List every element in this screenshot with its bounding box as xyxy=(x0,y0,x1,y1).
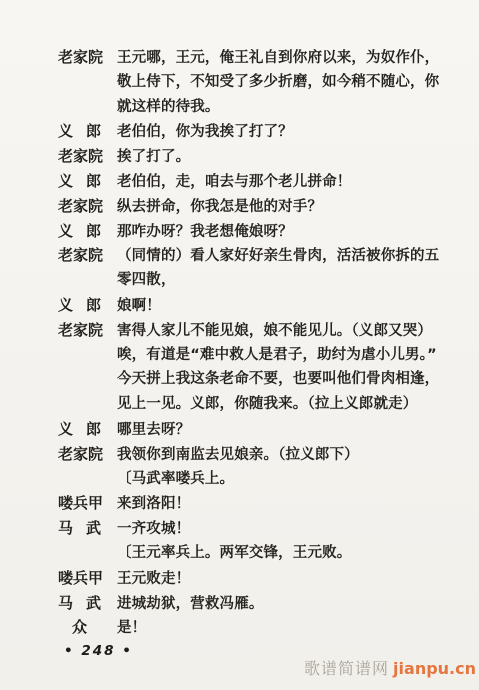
dialogue-text: 挨了打了。 xyxy=(117,145,190,170)
speaker-label: 老家院 xyxy=(58,318,101,343)
script-line: 唉，有道是“难中救人是君子，助纣为虐小儿男。” xyxy=(58,343,453,368)
script-line: 义郎老伯伯，走，咱去与那个老儿拼命！ xyxy=(58,169,453,194)
script-line: 今天拼上我这条老命不要，也要叫他们骨肉相逢， xyxy=(58,367,453,392)
speaker-label: 义郎 xyxy=(58,119,101,144)
dialogue-text: 唉，有道是“难中救人是君子，助纣为虐小儿男。” xyxy=(117,343,437,368)
watermark-site-name: 歌谱简谱网 xyxy=(304,659,389,678)
dialogue-text: 进城劫狱，营救冯雁。 xyxy=(117,592,264,617)
script-line: 〔王元率兵上。两军交锋，王元败。 xyxy=(58,541,453,566)
script-line: 敬上侍下，不知受了多少折磨，如今稍不随心，你 xyxy=(58,70,453,95)
speaker-label: 老家院 xyxy=(58,144,101,169)
dialogue-text: （同情的）看人家好好亲生骨肉，活活被你拆的五 xyxy=(117,244,439,269)
watermark: 歌谱简谱网jianpu.cn xyxy=(304,656,476,679)
script-line: 老家院我领你到南监去见娘亲。（拉义郎下） xyxy=(58,442,453,467)
dialogue-text: 今天拼上我这条老命不要，也要叫他们骨肉相逢， xyxy=(117,367,439,392)
dialogue-text: 来到洛阳！ xyxy=(117,492,190,517)
speaker-label: 马武 xyxy=(58,516,101,541)
script-line: 义郎老伯伯，你为我挨了打了？ xyxy=(58,119,453,144)
speaker-label: 喽兵甲 xyxy=(58,566,101,591)
script-line: 喽兵甲王元败走！ xyxy=(58,566,453,591)
speaker-label: 老家院 xyxy=(58,442,101,467)
script-line: 就这样的待我。 xyxy=(58,95,453,120)
dialogue-text: 我领你到南监去见娘亲。（拉义郎下） xyxy=(117,443,359,468)
script-line: 老家院纵去拼命，你我怎是他的对手？ xyxy=(58,194,453,219)
dialogue-text: 就这样的待我。 xyxy=(117,95,220,120)
script-line: 马武进城劫狱，营救冯雁。 xyxy=(58,591,453,616)
watermark-site-url: jianpu.cn xyxy=(393,659,476,678)
script-line: 老家院挨了打了。 xyxy=(58,144,453,169)
dialogue-text: 〔王元率兵上。两军交锋，王元败。 xyxy=(117,541,351,566)
dialogue-text: 零四散， xyxy=(117,268,176,293)
speaker-label: 众 xyxy=(58,615,101,640)
speaker-label: 老家院 xyxy=(58,243,101,268)
speaker-label: 喽兵甲 xyxy=(58,491,101,516)
script-line: 义郎那咋办呀？我老想俺娘呀？ xyxy=(58,219,453,244)
script-line: 老家院（同情的）看人家好好亲生骨肉，活活被你拆的五 xyxy=(58,243,453,268)
script-line: 众是！ xyxy=(58,615,453,640)
script-line: 义郎哪里去呀？ xyxy=(58,417,453,442)
dialogue-text: 老伯伯，你为我挨了打了？ xyxy=(117,120,293,145)
dialogue-text: 见上一见。义郎，你随我来。（拉上义郎就走） xyxy=(117,392,417,417)
dialogue-text: 一齐攻城！ xyxy=(117,517,190,542)
script-line: 零四散， xyxy=(58,268,453,293)
scanned-script-page: 老家院王元哪，王元，俺王礼自到你府以来，为奴作仆，敬上侍下，不知受了多少折磨，如… xyxy=(0,0,479,690)
dialogue-text: 王元败走！ xyxy=(117,567,190,592)
speaker-label: 老家院 xyxy=(58,45,101,70)
script-line: 喽兵甲来到洛阳！ xyxy=(58,491,453,516)
dialogue-text: 〔马武率喽兵上。 xyxy=(117,467,234,492)
dialogue-text: 纵去拼命，你我怎是他的对手？ xyxy=(117,195,322,220)
dialogue-text: 老伯伯，走，咱去与那个老儿拼命！ xyxy=(117,170,351,195)
dialogue-text: 王元哪，王元，俺王礼自到你府以来，为奴作仆， xyxy=(117,46,439,71)
page-number: • 248 • xyxy=(64,643,133,659)
speaker-label: 义郎 xyxy=(58,417,101,442)
script-line: 老家院王元哪，王元，俺王礼自到你府以来，为奴作仆， xyxy=(58,45,453,70)
speaker-label: 老家院 xyxy=(58,194,101,219)
script-line: 见上一见。义郎，你随我来。（拉上义郎就走） xyxy=(58,392,453,417)
dialogue-text: 哪里去呀？ xyxy=(117,418,190,443)
speaker-label: 义郎 xyxy=(58,169,101,194)
script-line: 〔马武率喽兵上。 xyxy=(58,467,453,492)
speaker-label: 义郎 xyxy=(58,219,101,244)
script-line: 老家院害得人家儿不能见娘，娘不能见儿。（义郎又哭） xyxy=(58,318,453,343)
script-line: 义郎娘啊！ xyxy=(58,293,453,318)
dialogue-text: 敬上侍下，不知受了多少折磨，如今稍不随心，你 xyxy=(117,70,439,95)
dialogue-text: 害得人家儿不能见娘，娘不能见儿。（义郎又哭） xyxy=(117,319,432,344)
script-body: 老家院王元哪，王元，俺王礼自到你府以来，为奴作仆，敬上侍下，不知受了多少折磨，如… xyxy=(58,45,453,640)
speaker-label: 义郎 xyxy=(58,293,101,318)
dialogue-text: 娘啊！ xyxy=(117,294,161,319)
script-line: 马武一齐攻城！ xyxy=(58,516,453,541)
speaker-label: 马武 xyxy=(58,591,101,616)
dialogue-text: 是！ xyxy=(117,616,146,641)
dialogue-text: 那咋办呀？我老想俺娘呀？ xyxy=(117,220,293,245)
